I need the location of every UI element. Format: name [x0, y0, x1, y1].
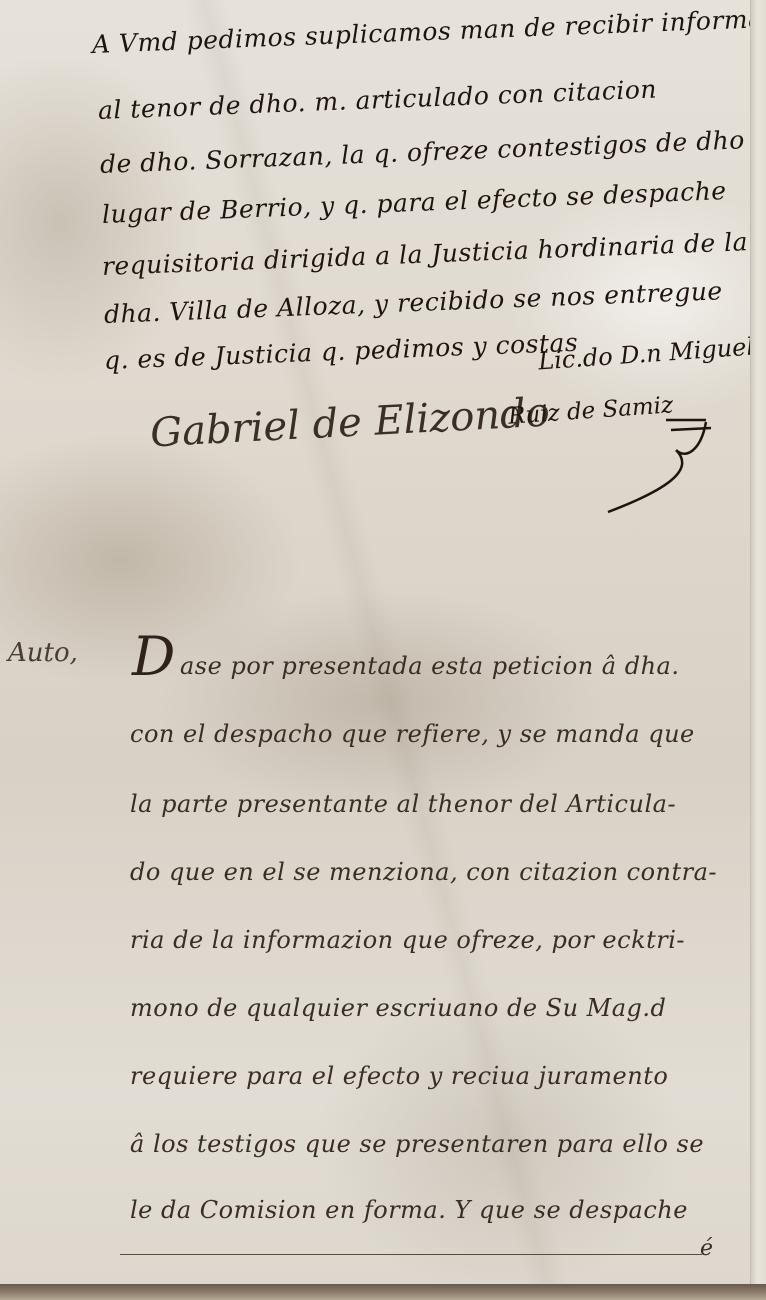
- auto-line: la parte presentante al thenor del Artic…: [130, 790, 676, 818]
- petition-line: q. es de Justicia q. pedimos y costas: [103, 328, 578, 375]
- margin-label-auto: Auto,: [8, 638, 78, 668]
- decorated-initial: D: [132, 625, 175, 688]
- auto-line: le da Comision en forma. Y que se despac…: [130, 1196, 688, 1224]
- auto-line: â los testigos que se presentaren para e…: [130, 1130, 704, 1158]
- signature-gabriel-de-elizondo: Gabriel de Elizondo: [149, 390, 551, 457]
- petition-line: al tenor de dho. m. articulado con citac…: [97, 75, 657, 125]
- binding-bottom-edge: [0, 1284, 766, 1300]
- auto-line: con el despacho que refiere, y se manda …: [130, 720, 695, 748]
- auto-line: mono de qualquier escriuano de Su Mag.d: [130, 994, 666, 1022]
- signature-rubric-flourish-icon: [606, 410, 716, 520]
- petition-line: de dho. Sorrazan, la q. ofreze contestig…: [99, 125, 745, 179]
- petition-line: lugar de Berrio, y q. para el efecto se …: [101, 176, 727, 229]
- petition-line: requisitoria dirigida a la Justicia hord…: [101, 227, 748, 281]
- adjacent-page-edge: [750, 0, 766, 1300]
- auto-line: ria de la informazion que ofreze, por ec…: [130, 926, 685, 954]
- auto-line: requiere para el efecto y reciua juramen…: [130, 1062, 668, 1090]
- manuscript-page: A Vmd pedimos suplicamos man de recibir …: [0, 0, 752, 1285]
- closing-rule-line: [120, 1254, 702, 1255]
- petition-line: dha. Villa de Alloza, y recibido se nos …: [103, 276, 723, 329]
- auto-line: ase por presentada esta peticion â dha.: [180, 652, 679, 680]
- closing-flourish-mark: é: [700, 1236, 713, 1261]
- auto-line: do que en el se menziona, con citazion c…: [130, 858, 717, 886]
- petition-line: A Vmd pedimos suplicamos man de recibir …: [91, 2, 766, 59]
